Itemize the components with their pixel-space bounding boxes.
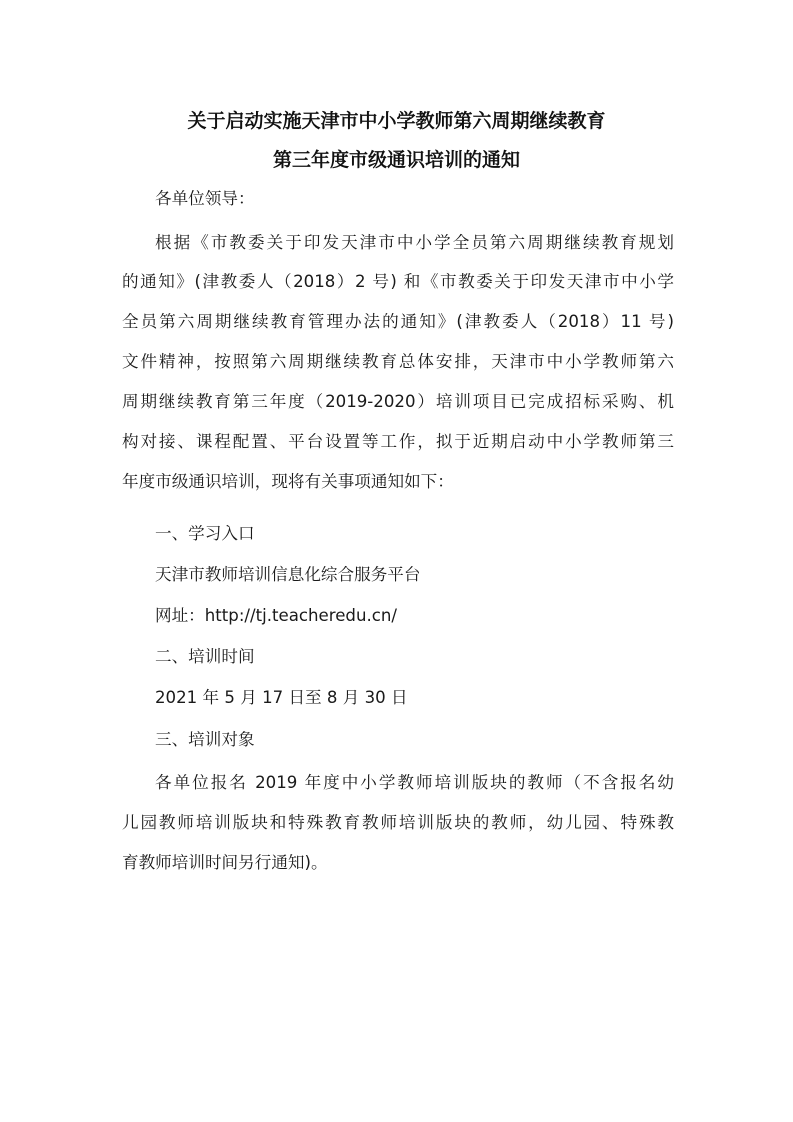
document-title-line-2: 第三年度市级通识培训的通知 xyxy=(0,145,793,172)
document-page: 关于启动实施天津市中小学教师第六周期继续教育 第三年度市级通识培训的通知 各单位… xyxy=(0,0,793,1122)
intro-paragraph-line: 根据《市教委关于印发天津市中小学全员第六周期继续教育规划 xyxy=(155,233,674,253)
target-paragraph-line: 育教师培训时间另行通知)。 xyxy=(122,853,328,873)
intro-paragraph-line: 的通知》(津教委人（2018）2 号) 和《市教委关于印发天津市中小学 xyxy=(122,272,674,292)
section-heading-study-entry: 一、学习入口 xyxy=(155,524,255,544)
training-dates: 2021 年 5 月 17 日至 8 月 30 日 xyxy=(155,688,408,708)
intro-paragraph-line: 文件精神，按照第六周期继续教育总体安排，天津市中小学教师第六 xyxy=(122,352,674,372)
platform-name: 天津市教师培训信息化综合服务平台 xyxy=(155,565,421,585)
platform-url-link[interactable]: http://tj.teacheredu.cn/ xyxy=(205,606,397,625)
document-title-line-1: 关于启动实施天津市中小学教师第六周期继续教育 xyxy=(0,106,793,133)
url-line: 网址：http://tj.teacheredu.cn/ xyxy=(155,606,397,626)
salutation: 各单位领导： xyxy=(155,189,255,209)
intro-paragraph-line: 全员第六周期继续教育管理办法的通知》(津教委人（2018）11 号) xyxy=(122,312,674,332)
section-heading-training-time: 二、培训时间 xyxy=(155,647,255,667)
url-label: 网址： xyxy=(155,606,205,625)
target-paragraph-line: 儿园教师培训版块和特殊教育教师培训版块的教师，幼儿园、特殊教 xyxy=(122,813,674,833)
intro-paragraph-line: 年度市级通识培训，现将有关事项通知如下： xyxy=(122,472,454,492)
target-paragraph-line: 各单位报名 2019 年度中小学教师培训版块的教师（不含报名幼 xyxy=(155,773,674,793)
section-heading-training-target: 三、培训对象 xyxy=(155,730,255,750)
intro-paragraph-line: 周期继续教育第三年度（2019-2020）培训项目已完成招标采购、机 xyxy=(122,392,674,412)
intro-paragraph-line: 构对接、课程配置、平台设置等工作，拟于近期启动中小学教师第三 xyxy=(122,432,674,452)
